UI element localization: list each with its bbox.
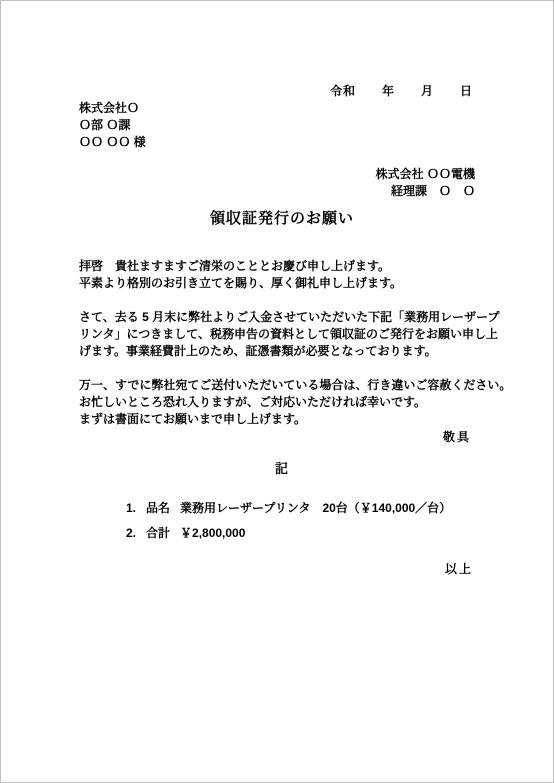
item-label: 品名	[146, 500, 170, 517]
item-value: 業務用レーザープリンタ 20台（￥140,000／台）	[180, 500, 451, 517]
body-line: まずは書面にてお願いまで申し上げます。	[79, 411, 485, 428]
greeting-paragraph: 拝啓 貴社ますますご清栄のこととお慶び申し上げます。 平素より格別のお引き立てを…	[79, 258, 485, 292]
recipient-block: 株式会社Ｏ Ｏ部 Ｏ課 ＯＯ ＯＯ 様	[79, 100, 485, 151]
request-paragraph: 万一、すでに弊社宛てご送付いただいている場合は、行き違いご容赦ください。 お忙し…	[79, 377, 485, 428]
item-list: 1. 品名 業務用レーザープリンタ 20台（￥140,000／台） 2. 合計 …	[79, 500, 485, 542]
greeting-line: 拝啓 貴社ますますご清栄のこととお慶び申し上げます。	[79, 258, 485, 275]
body-line: リンタ」につきまして、税務申告の資料として領収証のご発行をお願い申し上	[79, 326, 485, 343]
document-title: 領収証発行のお願い	[79, 208, 485, 230]
greeting-line: 平素より格別のお引き立てを賜り、厚く御礼申し上げます。	[79, 275, 485, 292]
body-line: 万一、すでに弊社宛てご送付いただいている場合は、行き違いご容赦ください。	[79, 377, 485, 394]
end-marker: 以上	[79, 561, 485, 578]
item-row: 1. 品名 業務用レーザープリンタ 20台（￥140,000／台）	[79, 500, 485, 517]
item-value: ￥2,800,000	[180, 525, 245, 542]
body-line: さて、去る 5 月末に弊社よりご入金させていただいた下記「業務用レーザープ	[79, 309, 485, 326]
item-number: 1.	[126, 500, 146, 517]
item-row: 2. 合計 ￥2,800,000	[79, 525, 485, 542]
date-line: 令和 年 月 日	[79, 83, 485, 100]
sender-block: 株式会社 ＯＯ電機 経理課 Ｏ Ｏ	[79, 166, 485, 200]
body-line: お忙しいところ恐れ入りますが、ご対応いただければ幸いです。	[79, 394, 485, 411]
sender-company-line: 株式会社 ＯＯ電機	[79, 166, 475, 183]
body-line: げます。事業経費計上のため、証憑書類が必要となっております。	[79, 343, 485, 360]
document-content: 令和 年 月 日 株式会社Ｏ Ｏ部 Ｏ課 ＯＯ ＯＯ 様 株式会社 ＯＯ電機 経…	[1, 83, 553, 578]
document-page: 令和 年 月 日 株式会社Ｏ Ｏ部 Ｏ課 ＯＯ ＯＯ 様 株式会社 ＯＯ電機 経…	[0, 0, 554, 783]
closing-word: 敬具	[79, 429, 485, 446]
recipient-company-line: 株式会社Ｏ	[79, 100, 485, 117]
recipient-department-line: Ｏ部 Ｏ課	[79, 117, 485, 134]
recipient-person-line: ＯＯ ＯＯ 様	[79, 134, 485, 151]
main-paragraph: さて、去る 5 月末に弊社よりご入金させていただいた下記「業務用レーザープ リン…	[79, 309, 485, 360]
record-marker: 記	[79, 460, 485, 478]
item-number: 2.	[126, 525, 146, 542]
item-label: 合計	[146, 525, 170, 542]
sender-person-line: 経理課 Ｏ Ｏ	[79, 183, 475, 200]
